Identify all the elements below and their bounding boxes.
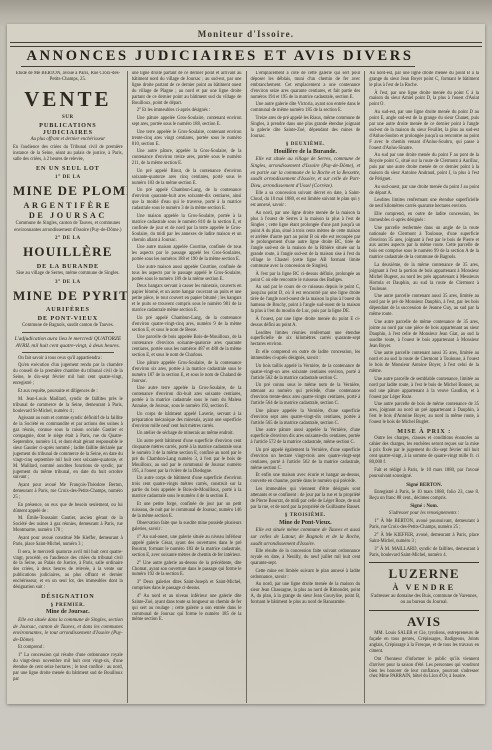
adjudication-notice: L'adjudication aura lieu le mercredi QUA… <box>14 336 122 350</box>
text-block: Commune de Bagnols, susdit canton de Tau… <box>13 323 123 329</box>
banner-title: ANNONCES JUDICIAIRES ET AVIS DIVERS <box>7 48 485 65</box>
text-block: Un pré appelé Riout, de la contenance d'… <box>132 169 242 187</box>
text-block: Deux hangars servant à casser les minera… <box>132 284 242 314</box>
text-block: 3° DE LA <box>13 280 123 285</box>
text-block: Un pré appelé Chambon-Lang, de la conten… <box>132 316 242 334</box>
text-block: Au nord, par une ligne droite menée de l… <box>251 582 361 606</box>
text-block: Et enfin une maison avec écurie et hanga… <box>251 473 361 485</box>
text-block: 1° DE LA <box>13 175 123 180</box>
text-block: Un pré connu sous le même nom de la Vern… <box>251 383 361 407</box>
text-block: 1° À Me BERTON, avoué poursuivant, demeu… <box>369 519 479 531</box>
enchere-line: Au plus offrant et dernier enchérisseur <box>13 137 123 143</box>
text-block: Et comprend : <box>13 645 123 651</box>
signature-berton: Signé BERTON. <box>369 482 479 488</box>
text-block: Une pâture appelée la Vernière, d'une su… <box>251 409 361 427</box>
text-block: Une autre pâture, appelée la Gros-Soulai… <box>132 149 242 167</box>
designation-heading: DÉSIGNATION <box>13 593 123 600</box>
column-4: Au nord-est, par une ligne droite menée … <box>365 71 483 703</box>
text-block: Un pré appelé également la Vernière, d'u… <box>251 448 361 472</box>
signature-nom: Signé : Nom. <box>369 503 479 509</box>
text-block: Fait et rédigé à Paris, le 10 mars 1880,… <box>369 468 479 480</box>
text-block: Un autre petit bâtiment d'une superficie… <box>132 439 242 475</box>
text-block: Sise au village de Serres, même commune … <box>13 271 123 277</box>
text-block: Une autre maison aussi appelée Courtine,… <box>132 265 242 283</box>
seul-lot-heading: EN UN SEUL LOT <box>13 165 123 172</box>
text-block: Un bois taillis appelé la Vernière, de l… <box>251 364 361 382</box>
text-block: Une autre parcelle de semblable contenan… <box>369 377 479 401</box>
text-block: Une autre parcelle de bois de même conte… <box>369 402 479 426</box>
mine-de-plomb-headline: MINE DE PLOMB <box>13 183 123 199</box>
text-block: Treize ares de pré appelé les Riaux, mêm… <box>251 116 361 140</box>
text-block: Ayant pour avoué Me François-Théodore Be… <box>13 483 123 501</box>
text-block: S'adresser au domaine des Buis, commune … <box>369 594 479 606</box>
column-1: Étude de Me BERTON, avoué à Paris, Rue C… <box>9 71 128 703</box>
text-block: § PREMIER. <box>13 603 123 608</box>
text-block: 1° Au sud-ouest, une galerie située au n… <box>132 535 242 559</box>
text-block: Elle est située au village de Serres, co… <box>251 156 361 189</box>
text-block: On fait savoir à tous ceux qu'il apparti… <box>13 356 123 362</box>
text-block: Une maison appelée la Gros-Soulaire, por… <box>132 214 242 244</box>
text-block: Ont l'honneur d'informer le public qu'il… <box>369 657 479 681</box>
text-block: À l'est par la ligne BC ci-dessus défini… <box>251 272 361 284</box>
text-block: Et aux requête, poursuite et diligences … <box>13 389 123 395</box>
text-block: Une parcelle de bois appelée Bois-de-Mou… <box>132 335 242 359</box>
text-block: Commune de Singles, canton de Tauves, et… <box>13 221 123 233</box>
text-block: 2° DE LA <box>13 236 123 241</box>
text-block: 1° La concession qui résulte d'une ordon… <box>13 653 123 683</box>
luzerne-headline: LUZERNE <box>369 566 479 582</box>
columns-container: Étude de Me BERTON, avoué à Paris, Rue C… <box>7 67 485 703</box>
text-block: Une autre maison appelée Courtine, confi… <box>132 245 242 263</box>
text-block: 3° Deux galeries dites Saint-Joseph et S… <box>132 580 242 592</box>
a-vendre-heading: À VENDRE <box>369 583 479 592</box>
text-block: Une pâture appelée Gros-Soulaire, conten… <box>132 116 242 128</box>
text-block: 3° À M. MAILLARD, syndic de faillites, d… <box>369 547 479 559</box>
mise-a-prix-heading: MISE À PRIX : <box>369 428 479 435</box>
avis-headline: AVIS <box>369 614 479 630</box>
text-block: Agissant au nom et comme syndic définiti… <box>13 416 123 481</box>
text-block: Au sud par une droite menée du point F a… <box>369 153 479 183</box>
vente-headline: VENTE <box>13 87 123 112</box>
separator-rule <box>22 332 114 333</box>
text-block: Au sud-est, par une ligne droite menée d… <box>369 110 479 151</box>
text-block: S'adresser pour les renseignements : <box>369 511 479 517</box>
ad-separator-rule <box>369 562 479 563</box>
de-la-burande-heading: DE LA BURANDE <box>13 263 123 270</box>
houillere-headline: HOUILLÈRE <box>13 244 123 260</box>
text-block: 4° Au nord et au niveau inférieur une ga… <box>132 594 242 624</box>
ad-separator-rule <box>369 610 479 611</box>
text-block: Cette mine est limitée suivant le plan a… <box>251 569 361 581</box>
text-block: 2° Et les immeubles ci-après désignés : <box>132 108 242 114</box>
text-block: Au sud par le cours de ce ruisseau depui… <box>251 285 361 315</box>
etude-header: Étude de Me BERTON, avoué à Paris, Rue C… <box>13 71 123 83</box>
text-block: Une pâture appelée Gros-Soulaire, de la … <box>132 361 242 385</box>
text-block: Et elle comprend en outre de ladite conc… <box>251 350 361 362</box>
column-3: L'emplacement à côté de cette galerie qu… <box>247 71 366 703</box>
text-block: Une autre terre appelée la Gros-Soulaire… <box>132 386 242 410</box>
text-block: Outre les charges, clauses et conditions… <box>369 436 479 466</box>
text-block: Qu'en exécution d'un jugement rendu par … <box>13 363 123 387</box>
text-block: Les immeubles qui viennent d'être désign… <box>251 487 361 511</box>
text-block: § TROISIÈME. <box>251 513 361 518</box>
mine-pont-vieux-subhead: Mine de Pont-Vieux. <box>251 520 361 526</box>
text-block: M. Émile-Toussaint Gautier, ancien géran… <box>13 516 123 534</box>
text-block: Elle est située même commune de Tauves e… <box>251 527 361 547</box>
text-block: Elle résulte de la concession faite suiv… <box>251 549 361 567</box>
separator-rule <box>22 352 114 353</box>
text-block: Elle comprend, en outre de ladite conces… <box>369 212 479 224</box>
text-block: Au sud-ouest, par une droite menée du po… <box>369 185 479 197</box>
text-block: Elle est située dans la commune de Singl… <box>13 617 123 643</box>
text-block: une ligne droite partant de ce dernier p… <box>132 71 242 107</box>
masthead-double-rule <box>10 42 482 47</box>
text-block: § DEUXIÈME. <box>251 142 361 147</box>
text-block: 2° À Me KIEFFER, avoué, demeurant à Pari… <box>369 533 479 545</box>
text-block: Une autre pâture aussi appelée la Verniè… <box>251 428 361 446</box>
text-block: Une parcelle renfermée dans un angle de … <box>369 226 479 262</box>
argentifere-heading: ARGENTIFÈRE <box>13 201 123 210</box>
text-block: Ayant pour avoué constitué Me Kieffer, d… <box>13 536 123 548</box>
houillere-burande-subhead: Houillère de la Burande. <box>251 149 361 155</box>
sur-kicker: SUR <box>13 115 123 120</box>
text-block: En l'audience des criées du Tribunal civ… <box>13 145 123 163</box>
text-block: Enregistré à Paris, le 10 mars 1880, fol… <box>369 490 479 502</box>
text-block: Une autre galerie dite Victoria, ayant s… <box>251 102 361 114</box>
text-block: Un autre corps de bâtiment d'une superfi… <box>132 476 242 500</box>
text-block: Il sera, le mercredi quatorze avril mil … <box>13 550 123 591</box>
text-block: L'emplacement à côté de cette galerie qu… <box>251 71 361 101</box>
text-block: 2° Une autre galerie au-dessus de la pré… <box>132 561 242 579</box>
text-block: En présence, ou eux que de besoin seulem… <box>13 503 123 515</box>
text-block: Et une petite forge, confinée de jour pa… <box>132 502 242 520</box>
newspaper-page: Moniteur d'Issoire. ANNONCES JUDICIAIRES… <box>7 24 485 704</box>
text-block: Un corps de bâtiment appelé Laverie, ser… <box>132 412 242 430</box>
text-block: MM. Louis SALER et Cie, tyroliens, entre… <box>369 631 479 655</box>
text-block: À l'est, par une ligne droite menée du p… <box>369 91 479 109</box>
text-block: Au nord, par une ligne droite menée de l… <box>251 211 361 270</box>
de-pont-vieux-heading: DE PONT-VIEUX <box>13 315 123 322</box>
text-block: Un atelier de séchage de minerais au mêm… <box>132 431 242 437</box>
text-block: Observation faite que la susdite mine po… <box>132 521 242 533</box>
auriferes-heading: AURIFÈRES <box>13 306 123 313</box>
text-block: Au nord-est, par une ligne droite menée … <box>369 71 479 89</box>
de-joursac-heading: DE JOURSAC <box>13 211 123 220</box>
text-block: À l'ouest, par une ligne droite menée du… <box>251 317 361 329</box>
text-block: Elle a sa concession suivant décret en d… <box>251 191 361 209</box>
newspaper-scan-background: Moniteur d'Issoire. ANNONCES JUDICIAIRES… <box>0 0 492 750</box>
text-block: Lesdites limites réunies renfermant une … <box>251 331 361 349</box>
text-block: Lesdites limites renfermant une étendue … <box>369 198 479 210</box>
text-block: Un pré appelé Chambon-Lang, de la conten… <box>132 188 242 212</box>
column-2: une ligne droite partant de ce dernier p… <box>128 71 247 703</box>
mine-de-joursac-subhead: Mine de Joursac. <box>13 609 123 615</box>
text-block: Une terre appelée le Gros-Soulaire, cont… <box>132 130 242 148</box>
text-block: M. Jean-Louis Maillard, syndic de failli… <box>13 397 123 415</box>
text-block: Une autre parcelle contenant aussi 35 ar… <box>369 294 479 318</box>
mine-de-pyrites-headline: MINE DE PYRITES <box>13 288 123 304</box>
text-block: Une autre parcelle de même contenance de… <box>369 320 479 350</box>
masthead-title: Moniteur d'Issoire. <box>7 24 485 39</box>
text-block: Une autre parcelle contenant aussi 35 ar… <box>369 351 479 375</box>
publications-judiciaires-heading: PUBLICATIONS JUDICIAIRES <box>13 122 123 136</box>
text-block: La deuxième, de la même contenance de 35… <box>369 263 479 293</box>
